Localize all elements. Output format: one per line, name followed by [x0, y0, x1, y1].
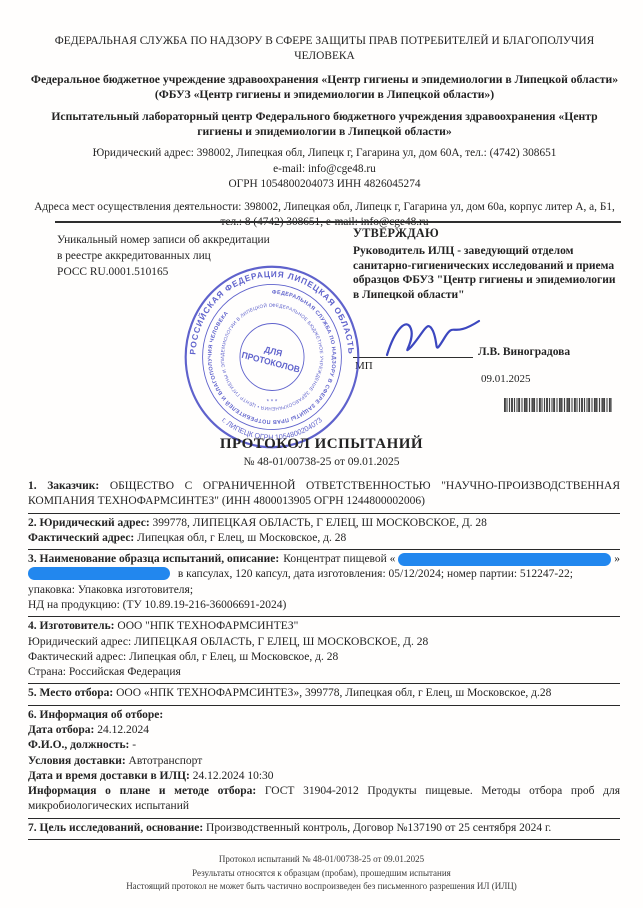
ogrn-inn: ОГРН 1054800204073 ИНН 4826045274	[28, 177, 621, 192]
protocol-sections: 1. Заказчик: ОБЩЕСТВО С ОГРАНИЧЕННОЙ ОТВ…	[28, 477, 620, 840]
section-customer: 1. Заказчик: ОБЩЕСТВО С ОГРАНИЧЕННОЙ ОТВ…	[28, 477, 620, 513]
approval-date: 09.01.2025	[481, 373, 531, 385]
protocol-document: ФЕДЕРАЛЬНАЯ СЛУЖБА ПО НАДЗОРУ В СФЕРЕ ЗА…	[0, 0, 643, 908]
accreditation-line1: Уникальный номер записи об аккредитации	[57, 233, 335, 249]
page-footer: Протокол испытаний № 48-01/00738-25 от 0…	[0, 853, 643, 894]
protocol-title-block: ПРОТОКОЛ ИСПЫТАНИЙ № 48-01/00738-25 от 0…	[0, 436, 643, 468]
section-purpose: 7. Цель исследований, основание: Произво…	[28, 818, 620, 840]
delivery-datetime-label: Дата и время доставки в ИЛЦ:	[28, 770, 190, 782]
section3-nd-label: НД на продукцию:	[28, 599, 120, 611]
section-sampling-place: 5. Место отбора: ООО «НПК ТЕХНОФАРМСИНТЕ…	[28, 683, 620, 704]
section3-quote-close: »	[614, 552, 620, 567]
approver-role: Руководитель ИЛЦ - заведующий отделом са…	[353, 244, 619, 303]
sampling-date-value: 24.12.2024	[97, 724, 149, 736]
header-divider	[55, 221, 621, 223]
section-legal-address: 2. Юридический адрес: 399778, ЛИПЕЦКАЯ О…	[28, 513, 620, 550]
section7-value: Производственный контроль, Договор №1371…	[206, 822, 551, 834]
delivery-datetime-value: 24.12.2024 10:30	[193, 770, 274, 782]
section4-jur-value: ЛИПЕЦКАЯ ОБЛАСТЬ, Г ЕЛЕЦ, Ш МОСКОВСКОЕ, …	[134, 636, 428, 648]
section3-nd-value: (ТУ 10.89.19-216-36006691-2024)	[123, 599, 287, 611]
section1-label: 1. Заказчик:	[28, 480, 99, 492]
barcode	[504, 398, 612, 412]
section4-fact-label: Фактический адрес:	[28, 651, 126, 663]
laboratory-name: Испытательный лабораторный центр Федерал…	[28, 109, 621, 139]
fio-label: Ф.И.О., должность:	[28, 739, 129, 751]
approval-block: УТВЕРЖДАЮ Руководитель ИЛЦ - заведующий …	[353, 226, 619, 389]
section3-line3: упаковка: Упаковка изготовителя;	[28, 583, 620, 598]
section4-label: 4. Изготовитель:	[28, 620, 115, 632]
federal-agency-name: ФЕДЕРАЛЬНАЯ СЛУЖБА ПО НАДЗОРУ В СФЕРЕ ЗА…	[52, 34, 597, 64]
email: e-mail: info@cge48.ru	[28, 162, 621, 177]
protocol-number: № 48-01/00738-25 от 09.01.2025	[0, 456, 643, 468]
section2-value: 399778, ЛИПЕЦКАЯ ОБЛАСТЬ, Г ЕЛЕЦ, Ш МОСК…	[153, 517, 487, 529]
section3-value-pre: Концентрат пищевой «	[283, 552, 395, 567]
section3-label: 3. Наименование образца испытаний, описа…	[28, 552, 279, 567]
section4-value: ООО "НПК ТЕХНОФАРМСИНТЕЗ"	[117, 620, 298, 632]
organization-name: Федеральное бюджетное учреждение здравоо…	[28, 72, 621, 102]
section4-jur-label: Юридический адрес:	[28, 636, 131, 648]
section5-label: 5. Место отбора:	[28, 687, 113, 699]
section2-fact-value: Липецкая обл, г Елец, ш Московское, д. 2…	[137, 532, 346, 544]
section5-value: ООО «НПК ТЕХНОФАРМСИНТЕЗ», 399778, Липец…	[116, 687, 551, 699]
stamp-stars: * * *	[267, 398, 278, 405]
section4-country-value: Российская Федерация	[69, 666, 181, 678]
fio-value: -	[132, 739, 136, 751]
section-manufacturer: 4. Изготовитель: ООО "НПК ТЕХНОФАРМСИНТЕ…	[28, 616, 620, 683]
delivery-conditions-value: Автотранспорт	[129, 755, 203, 767]
redaction-block-1	[398, 553, 611, 566]
footer-results-note: Результаты относятся к образцам (пробам)…	[0, 867, 643, 881]
redaction-block-2	[28, 567, 170, 580]
signature-zone: Л.В. Виноградова МП 09.01.2025	[353, 309, 619, 389]
section7-label: 7. Цель исследований, основание:	[28, 822, 203, 834]
round-stamp-icon: РОССИЙСКАЯ ФЕДЕРАЦИЯ ЛИПЕЦКАЯ ОБЛАСТЬ г.…	[183, 264, 361, 450]
approver-name: Л.В. Виноградова	[478, 346, 570, 358]
sampling-method-label: Информация о плане и методе отбора:	[28, 785, 256, 797]
document-header: ФЕДЕРАЛЬНАЯ СЛУЖБА ПО НАДЗОРУ В СФЕРЕ ЗА…	[28, 34, 621, 231]
footer-protocol-number: Протокол испытаний № 48-01/00738-25 от 0…	[0, 853, 643, 867]
section-sampling-info: 6. Информация об отборе: Дата отбора: 24…	[28, 705, 620, 818]
section4-country-label: Страна:	[28, 666, 66, 678]
footer-reproduction-note: Настоящий протокол не может быть частичн…	[0, 880, 643, 894]
svg-text:ФЕДЕРАЛЬНОЕ БЮДЖЕТНОЕ УЧРЕЖДЕН: ФЕДЕРАЛЬНОЕ БЮДЖЕТНОЕ УЧРЕЖДЕНИЕ ЗДРАВОО…	[183, 264, 324, 411]
approval-title: УТВЕРЖДАЮ	[353, 226, 619, 241]
section2-label: 2. Юридический адрес:	[28, 517, 150, 529]
section3-line2: в капсулах, 120 капсул, дата изготовлени…	[178, 568, 573, 580]
section-sample: 3. Наименование образца испытаний, описа…	[28, 549, 620, 616]
section6-label: 6. Информация об отборе:	[28, 709, 163, 721]
delivery-conditions-label: Условия доставки:	[28, 755, 126, 767]
stamp-ring3-text: ФЕДЕРАЛЬНОЕ БЮДЖЕТНОЕ УЧРЕЖДЕНИЕ ЗДРАВОО…	[183, 264, 324, 411]
section2-fact-label: Фактический адрес:	[28, 532, 134, 544]
accreditation-line2: в реестре аккредитованных лиц	[57, 249, 335, 265]
signature-line	[353, 357, 473, 358]
sampling-date-label: Дата отбора:	[28, 724, 94, 736]
legal-address: Юридический адрес: 398002, Липецкая обл,…	[28, 146, 621, 161]
section1-value: ОБЩЕСТВО С ОГРАНИЧЕННОЙ ОТВЕТСТВЕННОСТЬЮ…	[28, 480, 620, 507]
protocol-title: ПРОТОКОЛ ИСПЫТАНИЙ	[0, 436, 643, 453]
section4-fact-value: Липецкая обл, г Елец, ш Московское, д. 2…	[129, 651, 338, 663]
